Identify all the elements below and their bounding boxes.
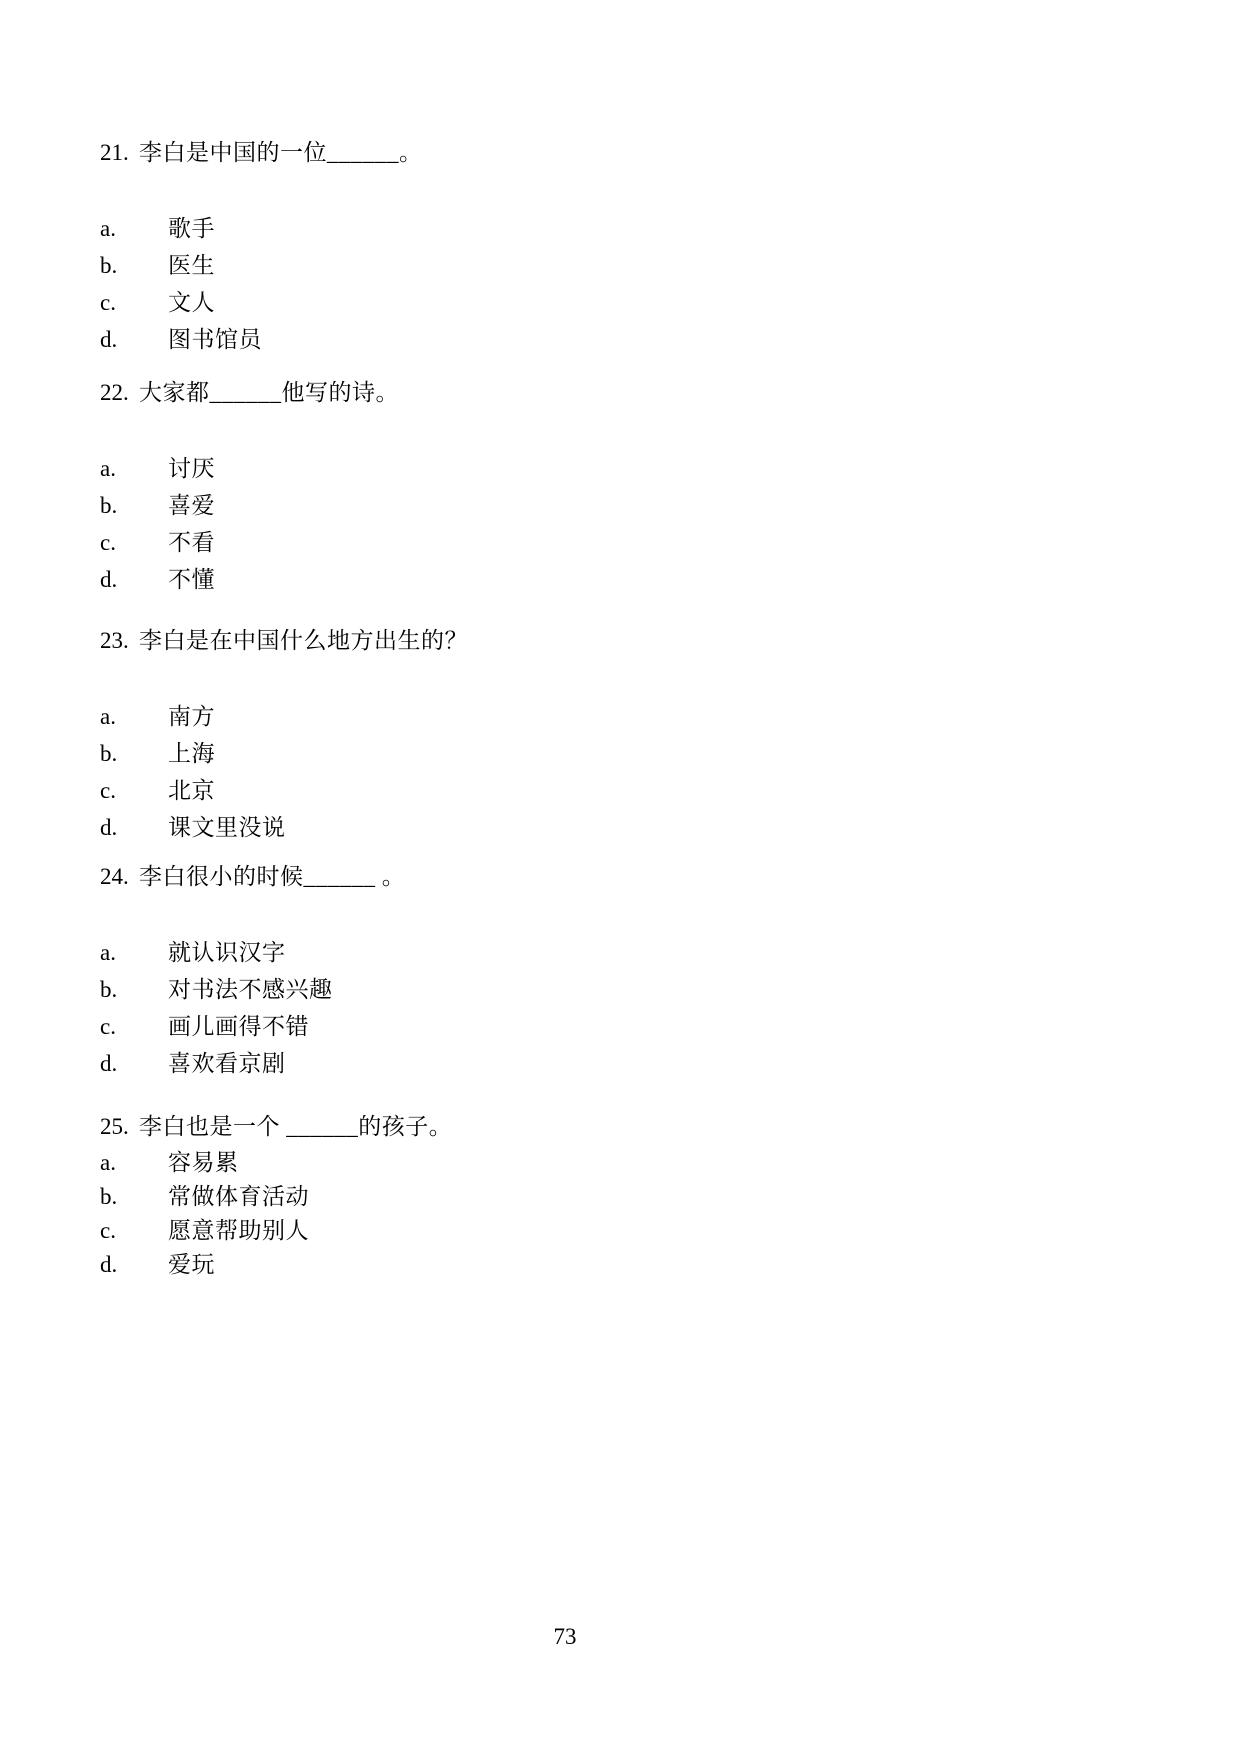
question-text: 李白也是一个 ______的孩子。: [139, 1112, 452, 1142]
question-text: 李白很小的时候______ 。: [139, 862, 405, 892]
option-row: d. 不懂: [100, 561, 1180, 598]
option-text: 歌手: [168, 210, 215, 247]
option-text: 图书馆员: [168, 321, 262, 358]
question-text: 李白是在中国什么地方出生的？: [139, 626, 468, 656]
option-text: 课文里没说: [168, 809, 286, 846]
option-letter: a.: [100, 450, 168, 487]
options-list: a. 讨厌 b. 喜爱 c. 不看 d. 不懂: [100, 450, 1180, 598]
option-text: 北京: [168, 772, 215, 809]
option-letter: d.: [100, 561, 168, 598]
option-text: 讨厌: [168, 450, 215, 487]
question-block-24: 24. 李白很小的时候______ 。 a. 就认识汉字 b. 对书法不感兴趣 …: [100, 862, 1180, 1082]
option-text: 文人: [168, 284, 215, 321]
option-row: a. 就认识汉字: [100, 934, 1180, 971]
option-letter: c.: [100, 1008, 168, 1045]
option-row: b. 喜爱: [100, 487, 1180, 524]
option-letter: d.: [100, 1248, 168, 1282]
option-text: 常做体育活动: [168, 1180, 309, 1214]
question-number: 23.: [100, 626, 139, 656]
option-letter: b.: [100, 971, 168, 1008]
option-text: 不看: [168, 524, 215, 561]
option-row: d. 图书馆员: [100, 321, 1180, 358]
option-letter: a.: [100, 934, 168, 971]
option-text: 南方: [168, 698, 215, 735]
document-page: 21. 李白是中国的一位______。 a. 歌手 b. 医生 c. 文人 d.: [0, 0, 1240, 1754]
option-row: a. 歌手: [100, 210, 1180, 247]
quiz-content: 21. 李白是中国的一位______。 a. 歌手 b. 医生 c. 文人 d.: [100, 138, 1180, 1282]
page-number: 73: [554, 1624, 577, 1649]
option-letter: c.: [100, 524, 168, 561]
options-list: a. 南方 b. 上海 c. 北京 d. 课文里没说: [100, 698, 1180, 846]
option-text: 愿意帮助别人: [168, 1214, 309, 1248]
options-list: a. 就认识汉字 b. 对书法不感兴趣 c. 画儿画得不错 d. 喜欢看京剧: [100, 934, 1180, 1082]
question-block-25: 25. 李白也是一个 ______的孩子。 a. 容易累 b. 常做体育活动 c…: [100, 1112, 1180, 1282]
question-number: 25.: [100, 1112, 139, 1142]
option-row: b. 医生: [100, 247, 1180, 284]
option-row: b. 对书法不感兴趣: [100, 971, 1180, 1008]
question-text: 大家都______他写的诗。: [139, 378, 399, 408]
option-text: 爱玩: [168, 1248, 215, 1282]
option-letter: c.: [100, 284, 168, 321]
question-block-23: 23. 李白是在中国什么地方出生的？ a. 南方 b. 上海 c. 北京 d.: [100, 626, 1180, 846]
option-text: 喜爱: [168, 487, 215, 524]
option-row: d. 喜欢看京剧: [100, 1045, 1180, 1082]
question-number: 21.: [100, 138, 139, 168]
option-letter: a.: [100, 698, 168, 735]
option-row: a. 讨厌: [100, 450, 1180, 487]
option-text: 对书法不感兴趣: [168, 971, 333, 1008]
question-line: 24. 李白很小的时候______ 。: [100, 862, 1180, 892]
option-row: a. 南方: [100, 698, 1180, 735]
option-letter: d.: [100, 321, 168, 358]
option-text: 画儿画得不错: [168, 1008, 309, 1045]
option-row: c. 画儿画得不错: [100, 1008, 1180, 1045]
option-row: d. 课文里没说: [100, 809, 1180, 846]
option-text: 不懂: [168, 561, 215, 598]
option-row: c. 文人: [100, 284, 1180, 321]
options-list: a. 歌手 b. 医生 c. 文人 d. 图书馆员: [100, 210, 1180, 358]
option-row: b. 上海: [100, 735, 1180, 772]
option-row: c. 愿意帮助别人: [100, 1214, 1180, 1248]
question-block-22: 22. 大家都______他写的诗。 a. 讨厌 b. 喜爱 c. 不看 d.: [100, 378, 1180, 598]
question-block-21: 21. 李白是中国的一位______。 a. 歌手 b. 医生 c. 文人 d.: [100, 138, 1180, 358]
option-text: 就认识汉字: [168, 934, 286, 971]
option-letter: a.: [100, 210, 168, 247]
question-line: 22. 大家都______他写的诗。: [100, 378, 1180, 408]
option-letter: b.: [100, 1180, 168, 1214]
question-line: 25. 李白也是一个 ______的孩子。: [100, 1112, 1180, 1142]
question-line: 23. 李白是在中国什么地方出生的？: [100, 626, 1180, 656]
question-text: 李白是中国的一位______。: [139, 138, 423, 168]
option-text: 上海: [168, 735, 215, 772]
option-letter: d.: [100, 809, 168, 846]
option-text: 喜欢看京剧: [168, 1045, 286, 1082]
option-row: b. 常做体育活动: [100, 1180, 1180, 1214]
option-letter: a.: [100, 1146, 168, 1180]
option-row: c. 不看: [100, 524, 1180, 561]
option-letter: b.: [100, 487, 168, 524]
options-list: a. 容易累 b. 常做体育活动 c. 愿意帮助别人 d. 爱玩: [100, 1146, 1180, 1282]
option-letter: c.: [100, 1214, 168, 1248]
option-letter: d.: [100, 1045, 168, 1082]
option-text: 医生: [168, 247, 215, 284]
option-row: d. 爱玩: [100, 1248, 1180, 1282]
option-text: 容易累: [168, 1146, 239, 1180]
option-letter: c.: [100, 772, 168, 809]
option-letter: b.: [100, 735, 168, 772]
question-number: 22.: [100, 378, 139, 408]
option-letter: b.: [100, 247, 168, 284]
question-line: 21. 李白是中国的一位______。: [100, 138, 1180, 168]
option-row: a. 容易累: [100, 1146, 1180, 1180]
option-row: c. 北京: [100, 772, 1180, 809]
page-footer: 73: [0, 1622, 1130, 1652]
question-number: 24.: [100, 862, 139, 892]
